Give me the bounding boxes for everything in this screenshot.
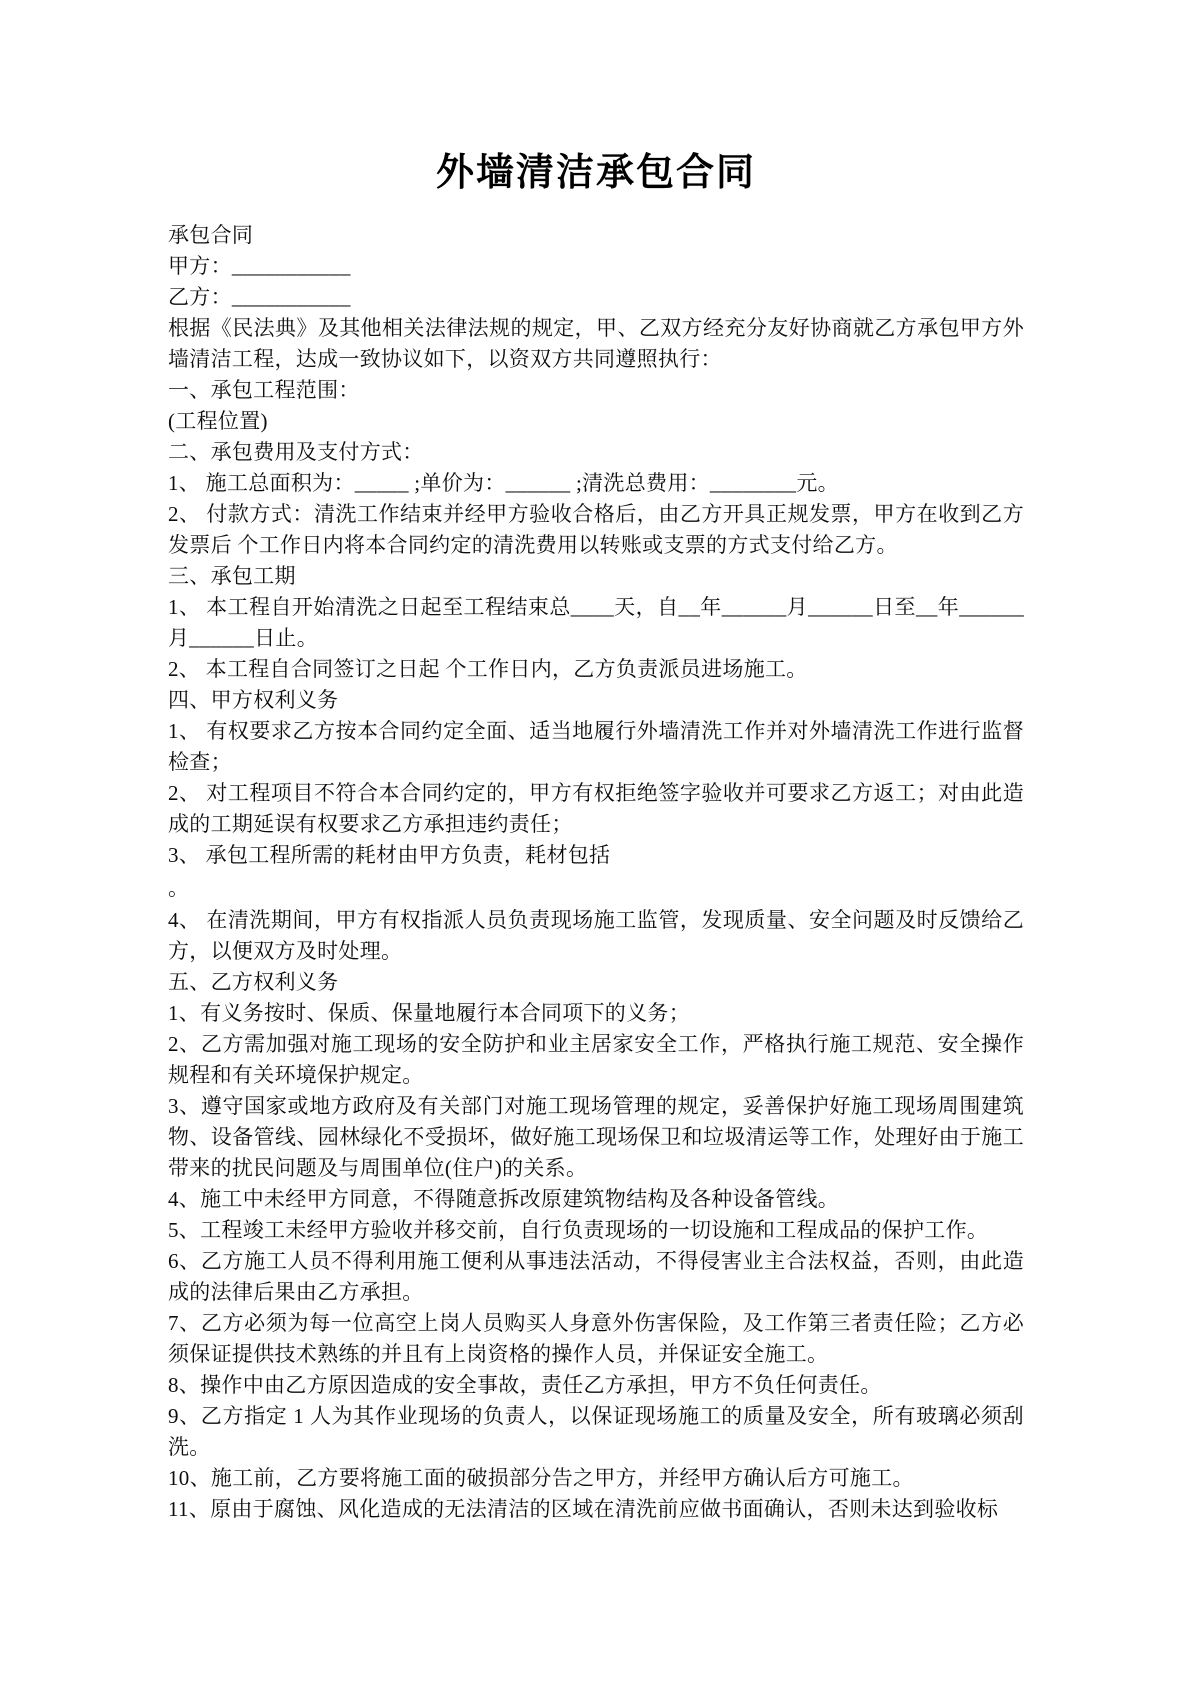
section-party-b-heading: 五、乙方权利义务 — [168, 967, 1024, 998]
contract-title: 外墙清洁承包合同 — [168, 150, 1024, 196]
clause-a-site-monitoring: 4、 在清洗期间，甲方有权指派人员负责现场施工监管，发现质量、安全问题及时反馈给… — [168, 905, 1024, 967]
preamble-paragraph: 根据《民法典》及其他相关法律法规的规定，甲、乙双方经充分友好协商就乙方承包甲方外… — [168, 313, 1024, 375]
clause-b-damage-report: 10、施工前，乙方要将施工面的破损部分告之甲方，并经甲方确认后方可施工。 — [168, 1463, 1024, 1494]
clause-b-site-management: 3、遵守国家或地方政府及有关部门对施工现场管理的规定，妥善保护好施工现场周围建筑… — [168, 1091, 1024, 1184]
clause-b-insurance: 7、乙方必须为每一位高空上岗人员购买人身意外伤害保险，及工作第三者责任险；乙方必… — [168, 1308, 1024, 1370]
clause-b-accident-liability: 8、操作中由乙方原因造成的安全事故，责任乙方承担，甲方不负任何责任。 — [168, 1370, 1024, 1401]
clause-a-consumables: 3、 承包工程所需的耗材由甲方负责，耗材包括 — [168, 840, 1024, 871]
clause-a-rework: 2、 对工程项目不符合本合同约定的，甲方有权拒绝签字验收并可要求乙方返工；对由此… — [168, 778, 1024, 840]
party-a-blank-line: 甲方：___________ — [168, 251, 1024, 282]
document-body: 外墙清洁承包合同 承包合同 甲方：___________ 乙方：________… — [168, 150, 1024, 1525]
clause-b-site-protection: 5、工程竣工未经甲方验收并移交前，自行负责现场的一切设施和工程成品的保护工作。 — [168, 1215, 1024, 1246]
orphan-period-line: 。 — [168, 871, 1024, 905]
section-duration-heading: 三、承包工期 — [168, 561, 1024, 592]
clause-b-no-alteration: 4、施工中未经甲方同意，不得随意拆改原建筑物结构及各种设备管线。 — [168, 1184, 1024, 1215]
clause-fee-area: 1、 施工总面积为：_____ ;单价为：______ ;清洗总费用：_____… — [168, 468, 1024, 499]
party-b-blank-line: 乙方：___________ — [168, 282, 1024, 313]
section-scope-heading: 一、承包工程范围： — [168, 375, 1024, 406]
clause-duration-dates: 1、 本工程自开始清洗之日起至工程结束总____天，自__年______月___… — [168, 592, 1024, 654]
section-party-a-heading: 四、甲方权利义务 — [168, 685, 1024, 716]
clause-b-safety: 2、乙方需加强对施工现场的安全防护和业主居家安全工作，严格执行施工规范、安全操作… — [168, 1029, 1024, 1091]
clause-b-obligations: 1、有义务按时、保质、保量地履行本合同项下的义务； — [168, 998, 1024, 1029]
section-fees-heading: 二、承包费用及支付方式： — [168, 437, 1024, 468]
project-location-note: (工程位置) — [168, 406, 1024, 437]
clause-b-corrosion-confirm: 11、原由于腐蚀、风化造成的无法清洁的区域在清洗前应做书面确认，否则未达到验收标 — [168, 1494, 1024, 1525]
clause-mobilization: 2、 本工程自合同签订之日起 个工作日内，乙方负责派员进场施工。 — [168, 654, 1024, 685]
clause-b-legal-liability: 6、乙方施工人员不得利用施工便利从事违法活动，不得侵害业主合法权益，否则，由此造… — [168, 1246, 1024, 1308]
contract-subtitle: 承包合同 — [168, 220, 1024, 251]
contract-page: 外墙清洁承包合同 承包合同 甲方：___________ 乙方：________… — [0, 0, 1190, 1683]
clause-a-supervision: 1、 有权要求乙方按本合同约定全面、适当地履行外墙清洗工作并对外墙清洗工作进行监… — [168, 716, 1024, 778]
clause-b-site-leader: 9、乙方指定 1 人为其作业现场的负责人，以保证现场施工的质量及安全，所有玻璃必… — [168, 1401, 1024, 1463]
clause-payment-method: 2、 付款方式：清洗工作结束并经甲方验收合格后，由乙方开具正规发票，甲方在收到乙… — [168, 499, 1024, 561]
